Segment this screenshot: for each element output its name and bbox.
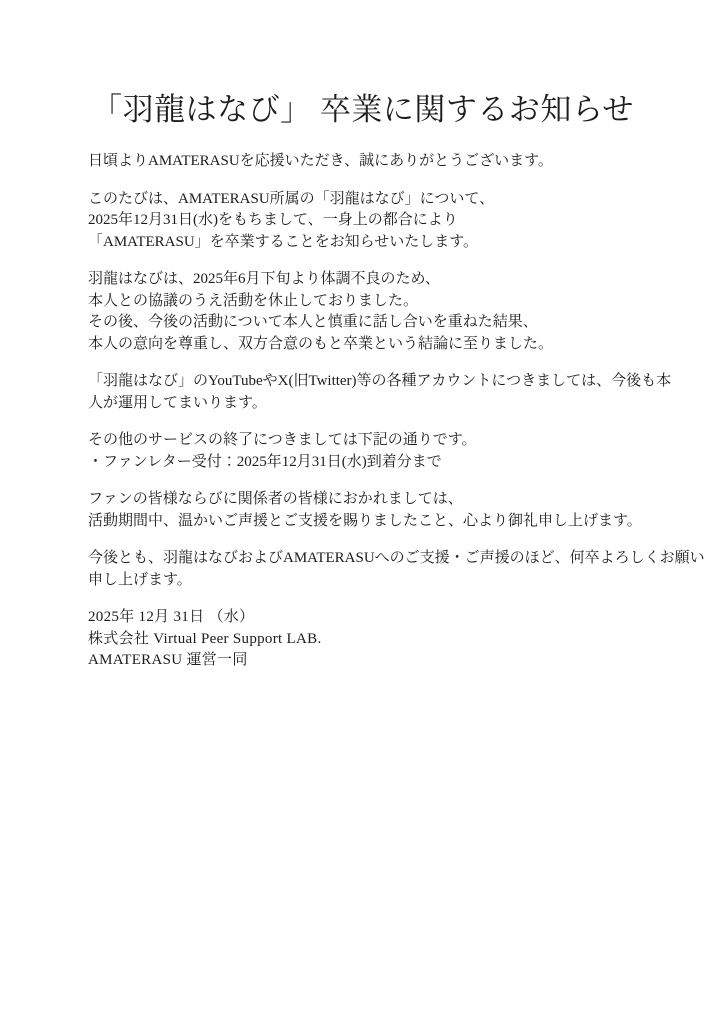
paragraph-line: 人が運用してまいります。 [88,393,658,415]
paragraph-line: 本人の意向を尊重し、双方合意のもと卒業という結論に至りました。 [88,334,658,356]
signature-company: 株式会社 Virtual Peer Support LAB. [88,629,658,651]
paragraph-services-end: その他のサービスの終了につきましては下記の通りです。 ・ファンレター受付：202… [88,430,658,473]
paragraph-line: 申し上げます。 [88,570,658,592]
paragraph-line: 本人との協議のうえ活動を休止しておりました。 [88,291,658,313]
paragraph-line: その他のサービスの終了につきましては下記の通りです。 [88,430,658,452]
paragraph-line: 活動期間中、温かいご声援とご支援を賜りましたこと、心より御礼申し上げます。 [88,511,658,533]
paragraph-line: 羽龍はなびは、2025年6月下旬より体調不良のため、 [88,269,658,291]
paragraph-line: ファンの皆様ならびに関係者の皆様におかれましては、 [88,489,658,511]
paragraph-line: 2025年12月31日(水)をもちまして、一身上の都合により [88,210,658,232]
paragraph-line: 「羽龍はなび」のYouTubeやX(旧Twitter)等の各種アカウントにつきま… [88,371,658,393]
paragraph-line: 日頃よりAMATERASUを応援いただき、誠にありがとうございます。 [88,151,658,173]
announcement-page: 「羽龍はなび」 卒業に関するお知らせ 日頃よりAMATERASUを応援いただき、… [0,0,725,1024]
signature-block: 2025年 12月 31日 （水） 株式会社 Virtual Peer Supp… [88,607,658,672]
paragraph-line: このたびは、AMATERASU所属の「羽龍はなび」について、 [88,189,658,211]
paragraph-thanks: ファンの皆様ならびに関係者の皆様におかれましては、 活動期間中、温かいご声援とご… [88,489,658,532]
signature-team: AMATERASU 運営一同 [88,650,658,672]
paragraph-accounts: 「羽龍はなび」のYouTubeやX(旧Twitter)等の各種アカウントにつきま… [88,371,658,414]
paragraph-background: 羽龍はなびは、2025年6月下旬より体調不良のため、 本人との協議のうえ活動を休… [88,269,658,355]
paragraph-graduation-notice: このたびは、AMATERASU所属の「羽龍はなび」について、 2025年12月3… [88,189,658,254]
paragraph-line: 「AMATERASU」を卒業することをお知らせいたします。 [88,232,658,254]
paragraph-line: ・ファンレター受付：2025年12月31日(水)到着分まで [88,452,658,474]
signature-date: 2025年 12月 31日 （水） [88,607,658,629]
paragraph-line: その後、今後の活動について本人と慎重に話し合いを重ねた結果、 [88,312,658,334]
paragraph-line: 今後とも、羽龍はなびおよびAMATERASUへのご支援・ご声援のほど、何卒よろし… [88,548,658,570]
paragraph-greeting: 日頃よりAMATERASUを応援いただき、誠にありがとうございます。 [88,151,658,173]
paragraph-closing: 今後とも、羽龍はなびおよびAMATERASUへのご支援・ご声援のほど、何卒よろし… [88,548,658,591]
page-title: 「羽龍はなび」 卒業に関するお知らせ [0,84,725,129]
document-body: 日頃よりAMATERASUを応援いただき、誠にありがとうございます。 このたびは… [88,151,658,688]
